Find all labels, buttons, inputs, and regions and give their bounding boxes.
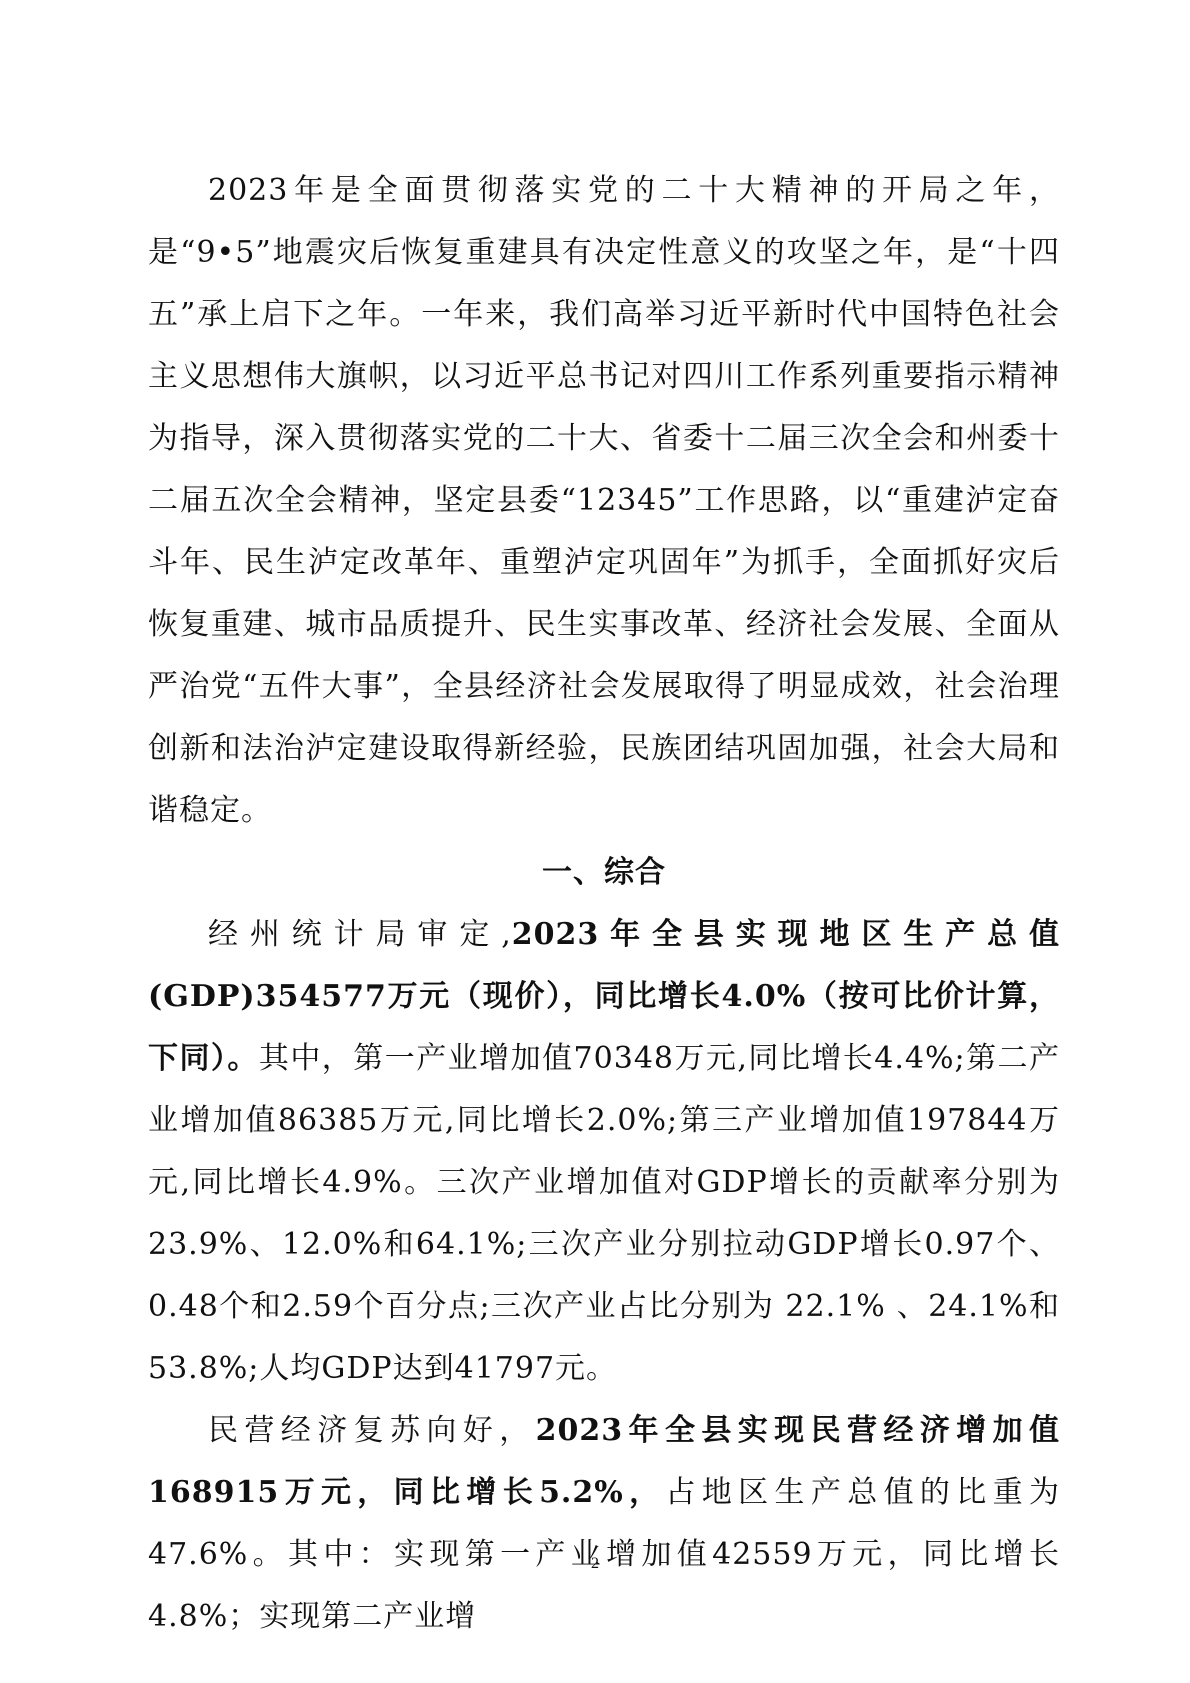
section-heading: 一、综合 bbox=[148, 842, 1060, 904]
intro-text: 2023年是全面贯彻落实党的二十大精神的开局之年，是“9•5”地震灾后恢复重建具… bbox=[148, 173, 1060, 828]
private-economy-lead-text: 民营经济复苏向好， bbox=[208, 1413, 536, 1448]
private-economy-paragraph: 民营经济复苏向好，2023年全县实现民营经济增加值168915万元，同比增长5.… bbox=[148, 1400, 1060, 1648]
page-number: 2 bbox=[0, 1555, 1190, 1573]
document-body: 2023年是全面贯彻落实党的二十大精神的开局之年，是“9•5”地震灾后恢复重建具… bbox=[148, 160, 1060, 1648]
intro-paragraph: 2023年是全面贯彻落实党的二十大精神的开局之年，是“9•5”地震灾后恢复重建具… bbox=[148, 160, 1060, 842]
gdp-source-text: 经州统计局审定, bbox=[208, 917, 512, 952]
document-page: 2023年是全面贯彻落实党的二十大精神的开局之年，是“9•5”地震灾后恢复重建具… bbox=[0, 0, 1190, 1683]
gdp-detail-text: 其中，第一产业增加值70348万元,同比增长4.4%;第二产业增加值86385万… bbox=[148, 1041, 1060, 1386]
gdp-paragraph: 经州统计局审定,2023年全县实现地区生产总值(GDP)354577万元（现价）… bbox=[148, 904, 1060, 1400]
